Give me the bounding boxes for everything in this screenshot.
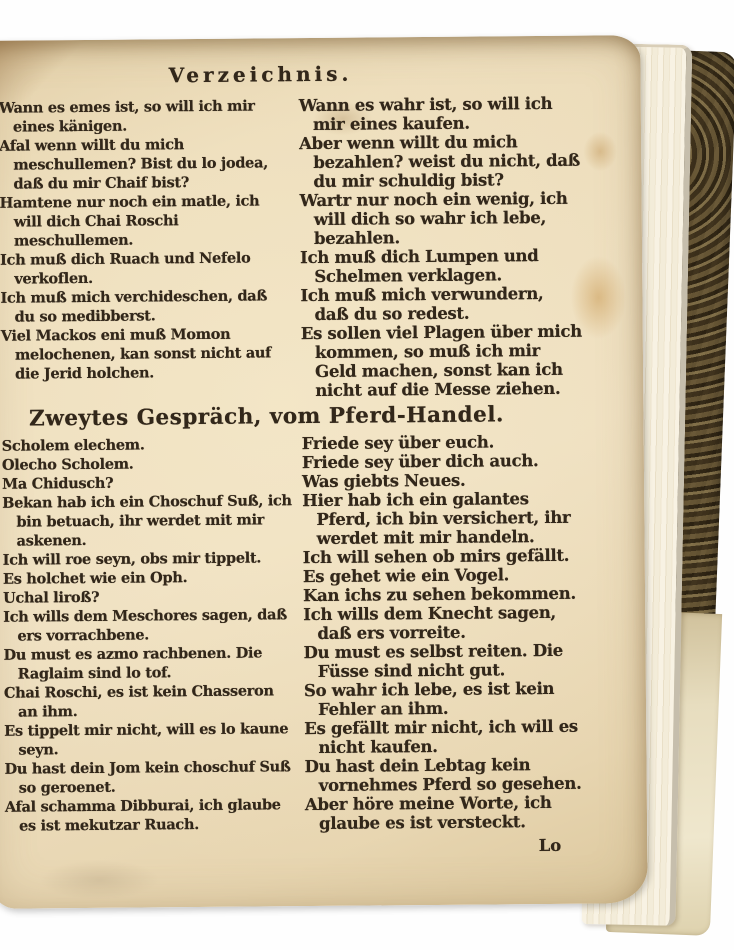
dialog-row: Bekan hab ich ein Choschuf Suß, ich bin … xyxy=(2,489,566,551)
german-text: Wartr nur noch ein wenig, ich will dich … xyxy=(300,189,582,248)
printed-content: Verzeichnis. Wann es emes ist, so will i… xyxy=(0,35,648,909)
jewish-german-text: Wann es emes ist, so will ich mir eines … xyxy=(0,96,289,137)
german-text: Es gefällt mir nicht, ich will es nicht … xyxy=(304,717,586,757)
dialog-row: Du must es azmo rachbenen. Die Raglaim s… xyxy=(4,641,568,684)
dialog-row: Viel Mackos eni muß Momon melochenen, ka… xyxy=(1,322,566,403)
book-photo: Verzeichnis. Wann es emes ist, so will i… xyxy=(0,0,734,950)
jewish-german-text: Hamtene nur noch ein matle, ich will dic… xyxy=(0,191,290,251)
jewish-german-text: Es holchet wie ein Oph. xyxy=(3,567,293,589)
german-text: Hier hab ich ein galantes Pferd, ich bin… xyxy=(302,489,584,548)
dialog-row: Chai Roschi, es ist kein Chasseron an ih… xyxy=(4,679,568,722)
jewish-german-text: Ich will roe seyn, obs mir tippelt. xyxy=(3,548,293,570)
dialog-row: Ich muß mich verchideschen, daß du so me… xyxy=(0,284,564,327)
german-text: Was giebts Neues. xyxy=(302,470,584,491)
section-heading: Zweytes Gespräch, vom Pferd-Handel. xyxy=(1,402,531,432)
german-text: Friede sey über euch. xyxy=(302,432,584,453)
jewish-german-text: Ich muß mich verchideschen, daß du so me… xyxy=(0,286,290,327)
german-text: Friede sey über dich auch. xyxy=(302,451,584,472)
jewish-german-text: Scholem elechem. xyxy=(2,434,292,456)
german-text: Du must es selbst reiten. Die Füsse sind… xyxy=(303,641,585,681)
dialog-row: Ich muß dich Ruach und Nefelo verkoflen.… xyxy=(0,246,564,289)
jewish-german-text: Afal schamma Dibburai, ich glaube es ist… xyxy=(5,795,295,836)
german-text: Kan ichs zu sehen bekommen. xyxy=(303,584,585,605)
jewish-german-text: Viel Mackos eni muß Momon melochenen, ka… xyxy=(1,324,291,384)
jewish-german-text: Ich muß dich Ruach und Nefelo verkoflen. xyxy=(0,248,290,289)
jewish-german-text: Du hast dein Jom kein choschuf Suß so ge… xyxy=(4,757,294,798)
german-text: Ich wills dem Knecht sagen, daß ers vorr… xyxy=(303,603,585,643)
jewish-german-text: Ma Chidusch? xyxy=(2,472,292,494)
dialog-row: Ich wills dem Meschores sagen, daß ers v… xyxy=(3,603,567,646)
german-text: Ich muß dich Lumpen und Schelmen verklag… xyxy=(300,246,582,286)
jewish-german-text: Bekan hab ich ein Choschuf Suß, ich bin … xyxy=(2,491,292,551)
german-text: Es gehet wie ein Vogel. xyxy=(303,565,585,586)
dialog-row: Hamtene nur noch ein matle, ich will dic… xyxy=(0,189,564,251)
german-text: So wahr ich lebe, es ist kein Fehler an … xyxy=(304,679,586,719)
dialog-row: Afal schamma Dibburai, ich glaube es ist… xyxy=(5,793,569,836)
running-header: Verzeichnis. xyxy=(0,60,523,89)
dialog-part1: Wann es emes ist, so will ich mir eines … xyxy=(0,94,565,403)
german-text: Ich will sehen ob mirs gefällt. xyxy=(303,546,585,567)
german-text: Ich muß mich verwundern, daß du so redes… xyxy=(300,284,582,324)
dialog-row: Es tippelt mir nicht, will es lo kaune s… xyxy=(4,717,568,760)
german-text: Wann es wahr ist, so will ich mir eines … xyxy=(299,94,581,134)
jewish-german-text: Chai Roschi, es ist kein Chasseron an ih… xyxy=(4,681,294,722)
jewish-german-text: Ich wills dem Meschores sagen, daß ers v… xyxy=(3,605,293,646)
german-text: Du hast dein Lebtag kein vornehmes Pferd… xyxy=(304,755,586,795)
dialog-row: Wann es emes ist, so will ich mir eines … xyxy=(0,94,563,137)
dialog-part2: Scholem elechem.Friede sey über euch.Ole… xyxy=(2,432,569,836)
jewish-german-text: Uchal liroß? xyxy=(3,586,293,608)
jewish-german-text: Olecho Scholem. xyxy=(2,453,292,475)
dialog-row: Afal wenn willt du mich meschullemen? Bi… xyxy=(0,132,564,194)
jewish-german-text: Es tippelt mir nicht, will es lo kaune s… xyxy=(4,719,294,760)
dialog-row: Du hast dein Jom kein choschuf Suß so ge… xyxy=(4,755,568,798)
book-page: Verzeichnis. Wann es emes ist, so will i… xyxy=(0,35,648,909)
german-text: Aber höre meine Worte, ich glaube es ist… xyxy=(305,793,587,833)
jewish-german-text: Afal wenn willt du mich meschullemen? Bi… xyxy=(0,134,290,194)
catchword: Lo xyxy=(539,836,562,855)
german-text: Es sollen viel Plagen über mich kommen, … xyxy=(301,322,584,400)
jewish-german-text: Du must es azmo rachbenen. Die Raglaim s… xyxy=(4,643,294,684)
german-text: Aber wenn willt du mich bezahlen? weist … xyxy=(299,132,581,191)
